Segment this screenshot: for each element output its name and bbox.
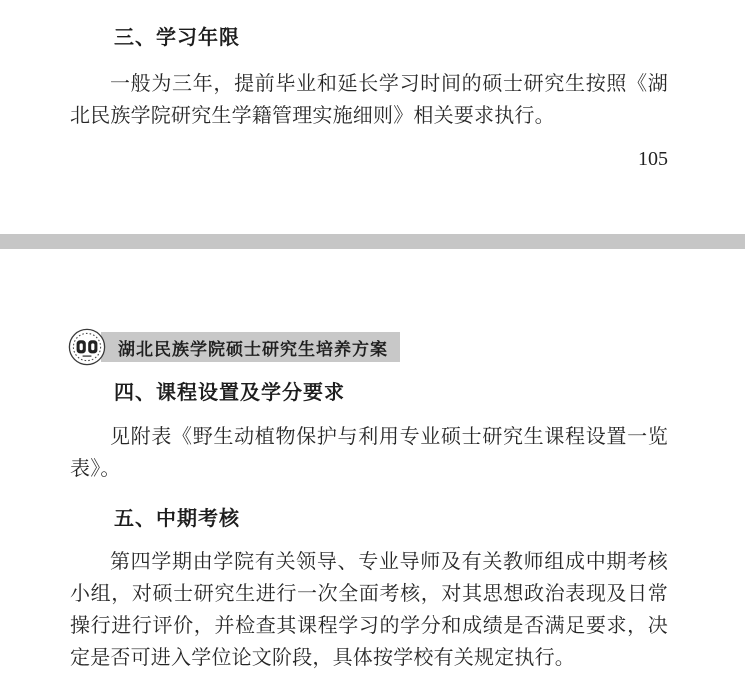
page-gap-divider	[0, 234, 745, 249]
scanned-document-viewer: 三、学习年限 一般为三年，提前毕业和延长学习时间的硕士研究生按照《湖北民族学院研…	[0, 0, 745, 676]
university-seal-icon	[68, 328, 106, 366]
section-heading-study-duration: 三、学习年限	[70, 26, 668, 50]
section-heading-course-credit-requirements: 四、课程设置及学分要求	[70, 381, 668, 405]
section-body-study-duration: 一般为三年，提前毕业和延长学习时间的硕士研究生按照《湖北民族学院研究生学籍管理实…	[70, 68, 668, 132]
page-number: 105	[70, 148, 668, 171]
section-body-midterm-assessment: 第四学期由学院有关领导、专业导师及有关教师组成中期考核小组，对硕士研究生进行一次…	[70, 546, 668, 674]
running-header-title: 湖北民族学院硕士研究生培养方案	[118, 335, 388, 360]
section-heading-midterm-assessment: 五、中期考核	[70, 507, 668, 531]
section-body-course-credit-requirements: 见附表《野生动植物保护与利用专业硕士研究生课程设置一览表》。	[70, 421, 668, 485]
running-header-bar: 湖北民族学院硕士研究生培养方案	[101, 332, 400, 362]
